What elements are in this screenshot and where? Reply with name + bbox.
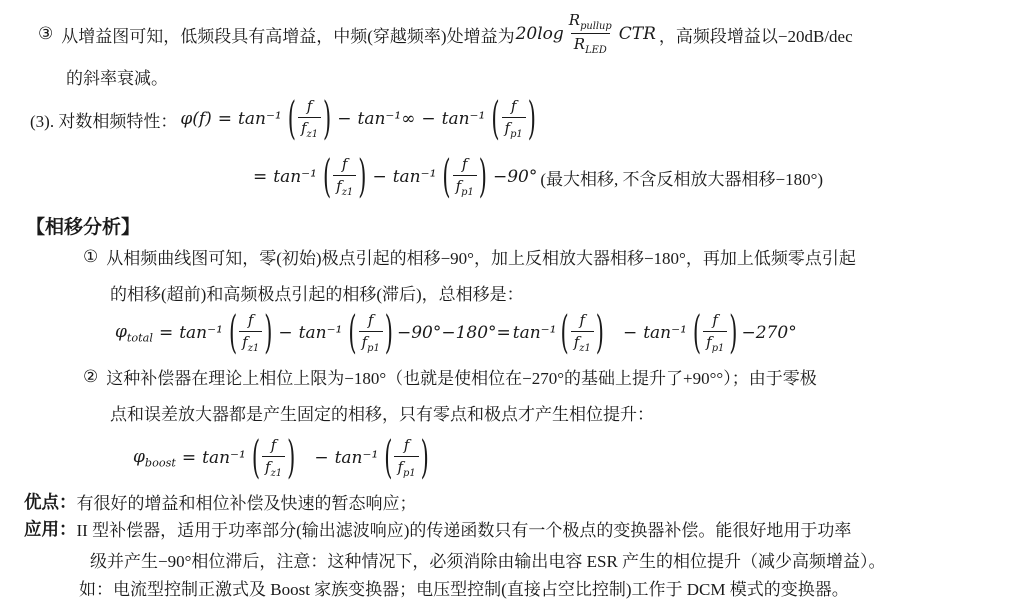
arctan-symbol: tan⁻¹ <box>335 448 379 468</box>
f-sub-z1: z1 <box>248 343 260 354</box>
phi-total-formula: φtotal = tan⁻¹ ( f fz1 ) − tan⁻¹ ( f fp1… <box>112 304 798 362</box>
f-sub-z1: z1 <box>307 129 319 140</box>
gain-analysis-line1: ③ 从增益图可知，低频段具有高增益，中频(穿越频率)处增益为 20log Rpu… <box>38 4 853 64</box>
right-paren: ) <box>478 154 488 199</box>
arctan-infinity: tan⁻¹∞ <box>357 109 415 129</box>
fraction-denominator: fz1 <box>298 117 321 140</box>
arctan-symbol: tan⁻¹ <box>273 167 317 187</box>
fraction-denominator: fp1 <box>502 117 526 140</box>
left-paren: ( <box>322 154 332 199</box>
fraction: f fz1 <box>571 312 594 353</box>
f-sub-p1: p1 <box>510 129 523 140</box>
fraction-f-over-fp1: ( f fp1 ) <box>692 312 739 353</box>
application-line1: 应用： II 型补偿器，适用于功率部分(输出滤波响应)的传递函数只有一个极点的变… <box>24 516 851 541</box>
phi-total-symbol: φtotal <box>115 322 153 344</box>
fraction: f fp1 <box>453 156 477 197</box>
arctan-symbol: tan⁻¹ <box>393 167 437 187</box>
fraction-f-over-fz1: ( f fz1 ) <box>228 312 273 353</box>
f-sub-p1: p1 <box>461 187 474 198</box>
equals-sign: = <box>253 167 267 187</box>
fraction-denominator: fz1 <box>262 456 285 479</box>
fraction-denominator: fz1 <box>333 175 356 198</box>
fraction-f-over-fz1: ( f fz1 ) <box>251 437 296 478</box>
fraction-numerator: f <box>365 312 377 330</box>
fraction-numerator: f <box>339 156 351 174</box>
fraction-numerator: f <box>576 312 588 330</box>
phase-item1-line1: ① 从相频曲线图可知，零(初始)极点引起的相移−90°，加上反相放大器相移−18… <box>83 244 856 269</box>
fraction-f-over-fp1: ( f fp1 ) <box>441 156 488 197</box>
minus-270-degrees: −270° <box>742 323 797 343</box>
phase-item1-line2: 的相移(超前)和高频极点引起的相移(滞后)，总相移是： <box>110 280 524 305</box>
equals-sign: = <box>218 109 232 129</box>
f-sub-p1: p1 <box>403 468 416 479</box>
fraction: f fp1 <box>394 437 418 478</box>
fraction: f fz1 <box>239 312 262 353</box>
arctan-symbol: tan⁻¹ <box>202 448 246 468</box>
phase-item2-line1: ② 这种补偿器在理论上相位上限为−180°（也就是使相位在−270°的基础上提升… <box>83 364 817 389</box>
max-phase-shift-note: (最大相移, 不含反相放大器相移−180°) <box>540 165 823 190</box>
item1-text-line1: 从相频曲线图可知，零(初始)极点引起的相移−90°，加上反相放大器相移−180°… <box>106 244 856 269</box>
r-base: R <box>569 11 580 29</box>
right-paren: ) <box>728 310 738 355</box>
phi-boost-formula: φboost = tan⁻¹ ( f fz1 ) − tan⁻¹ ( f fp1… <box>130 428 432 488</box>
arctan-symbol: tan⁻¹ <box>238 109 282 129</box>
left-paren: ( <box>287 96 297 141</box>
fraction-f-over-fp1: ( f fp1 ) <box>383 437 430 478</box>
fraction-denominator: fz1 <box>571 331 594 354</box>
ctr-symbol: CTR <box>619 24 656 44</box>
item-marker-2: ② <box>83 367 98 387</box>
f-sub-z1: z1 <box>271 468 283 479</box>
phase-item2-line2: 点和误差放大器都是产生固定的相移，只有零点和极点才产生相位提升： <box>110 400 654 425</box>
right-paren: ) <box>384 310 394 355</box>
application-line2: 级并产生−90°相位滞后，注意：这种情况下，必须消除由输出电容 ESR 产生的相… <box>90 547 886 572</box>
fraction-denominator: fp1 <box>394 456 418 479</box>
fraction: f fp1 <box>703 312 727 353</box>
right-paren: ) <box>527 96 537 141</box>
f-sub-z1: z1 <box>579 343 591 354</box>
gain-text-pre: 从增益图可知，低频段具有高增益，中频(穿越频率)处增益为 <box>61 22 514 47</box>
arctan-symbol: tan⁻¹ <box>299 323 343 343</box>
minus-sign: − <box>372 167 386 187</box>
f-sub-z1: z1 <box>342 187 354 198</box>
item2-text-line1: 这种补偿器在理论上相位上限为−180°（也就是使相位在−270°的基础上提升了+… <box>106 364 816 389</box>
minus-sign: − <box>314 448 328 468</box>
fraction: f fp1 <box>359 312 383 353</box>
fraction-denominator: RLED <box>571 33 610 56</box>
phase-shift-analysis-heading: 【相移分析】 <box>26 212 140 239</box>
phase-char-label: (3). 对数相频特性： <box>30 107 177 132</box>
fraction-f-over-fz1: ( f fz1 ) <box>559 312 604 353</box>
minus-sign: − <box>337 109 351 129</box>
gain-coefficient: 20log <box>516 24 564 44</box>
minus-90-minus-180-equals: −90°−180°= <box>397 323 511 343</box>
arctan-symbol: tan⁻¹ <box>513 323 557 343</box>
equals-sign: = <box>159 323 173 343</box>
left-paren: ( <box>559 310 569 355</box>
gain-text-post: ，高频段增益以−20dB/dec <box>659 22 853 47</box>
f-sub-p1: p1 <box>367 343 380 354</box>
left-paren: ( <box>441 154 451 199</box>
fraction-f-over-fp1: ( f fp1 ) <box>490 98 537 139</box>
fraction-rpullup-over-rled: Rpullup RLED <box>566 12 615 56</box>
left-paren: ( <box>228 310 238 355</box>
advantages-line: 优点： 有很好的增益和相位补偿及快速的暂态响应； <box>24 489 417 514</box>
application-text-line1: II 型补偿器，适用于功率部分(输出滤波响应)的传递函数只有一个极点的变换器补偿… <box>77 516 852 541</box>
fraction-denominator: fz1 <box>239 331 262 354</box>
fraction-f-over-fp1: ( f fp1 ) <box>347 312 394 353</box>
fraction-numerator: f <box>401 437 413 455</box>
arctan-symbol: tan⁻¹ <box>643 323 687 343</box>
advantages-label: 优点： <box>24 489 77 514</box>
right-paren: ) <box>322 96 332 141</box>
advantages-text: 有很好的增益和相位补偿及快速的暂态响应； <box>77 489 417 514</box>
arctan-symbol: tan⁻¹ <box>442 109 486 129</box>
r-sub-led: LED <box>585 45 607 56</box>
fraction-numerator: f <box>304 98 316 116</box>
fraction-numerator: f <box>459 156 471 174</box>
fraction-f-over-fz1: ( f fz1 ) <box>322 156 367 197</box>
minus-sign: − <box>421 109 435 129</box>
left-paren: ( <box>692 310 702 355</box>
right-paren: ) <box>595 310 605 355</box>
application-label: 应用： <box>24 516 77 541</box>
phi-sub-boost: boost <box>145 457 176 470</box>
fraction: f fz1 <box>333 156 356 197</box>
equals-sign: = <box>182 448 196 468</box>
r-base: R <box>574 35 585 53</box>
phi-base: φ <box>133 447 145 467</box>
document-page: ③ 从增益图可知，低频段具有高增益，中频(穿越频率)处增益为 20log Rpu… <box>0 0 1010 604</box>
phi-base: φ <box>115 322 127 342</box>
phi-sub-total: total <box>127 332 153 345</box>
fraction-numerator: f <box>508 98 520 116</box>
minus-90-degrees: −90° <box>493 167 537 187</box>
right-paren: ) <box>420 435 430 480</box>
fraction: f fz1 <box>262 437 285 478</box>
minus-sign: − <box>623 323 637 343</box>
application-line3: 如：电流型控制正激式及 Boost 家族变换器；电压型控制(直接占空比控制)工作… <box>79 575 849 600</box>
arctan-symbol: tan⁻¹ <box>179 323 223 343</box>
fraction-numerator: f <box>709 312 721 330</box>
left-paren: ( <box>383 435 393 480</box>
log-phase-formula-line2: = tan⁻¹ ( f fz1 ) − tan⁻¹ ( f fp1 ) −90°… <box>250 148 823 206</box>
gain-analysis-line2: 的斜率衰减。 <box>66 64 168 89</box>
item-marker-3: ③ <box>38 24 53 44</box>
right-paren: ) <box>357 154 367 199</box>
item-marker-1: ① <box>83 247 98 267</box>
right-paren: ) <box>286 435 296 480</box>
fraction-denominator: fp1 <box>453 175 477 198</box>
phi-boost-symbol: φboost <box>133 447 176 469</box>
phi-of-f: φ(f) <box>180 109 211 129</box>
fraction-numerator: Rpullup <box>566 12 615 33</box>
left-paren: ( <box>490 96 500 141</box>
fraction-denominator: fp1 <box>359 331 383 354</box>
f-sub-p1: p1 <box>712 343 725 354</box>
r-sub-pullup: pullup <box>580 21 612 32</box>
left-paren: ( <box>347 310 357 355</box>
fraction-f-over-fz1: ( f fz1 ) <box>287 98 332 139</box>
fraction-denominator: fp1 <box>703 331 727 354</box>
fraction: f fp1 <box>502 98 526 139</box>
fraction: f fz1 <box>298 98 321 139</box>
fraction-numerator: f <box>245 312 257 330</box>
fraction-numerator: f <box>268 437 280 455</box>
right-paren: ) <box>263 310 273 355</box>
left-paren: ( <box>251 435 261 480</box>
minus-sign: − <box>278 323 292 343</box>
log-phase-formula-line1: (3). 对数相频特性： φ(f) = tan⁻¹ ( f fz1 ) − ta… <box>30 88 539 150</box>
